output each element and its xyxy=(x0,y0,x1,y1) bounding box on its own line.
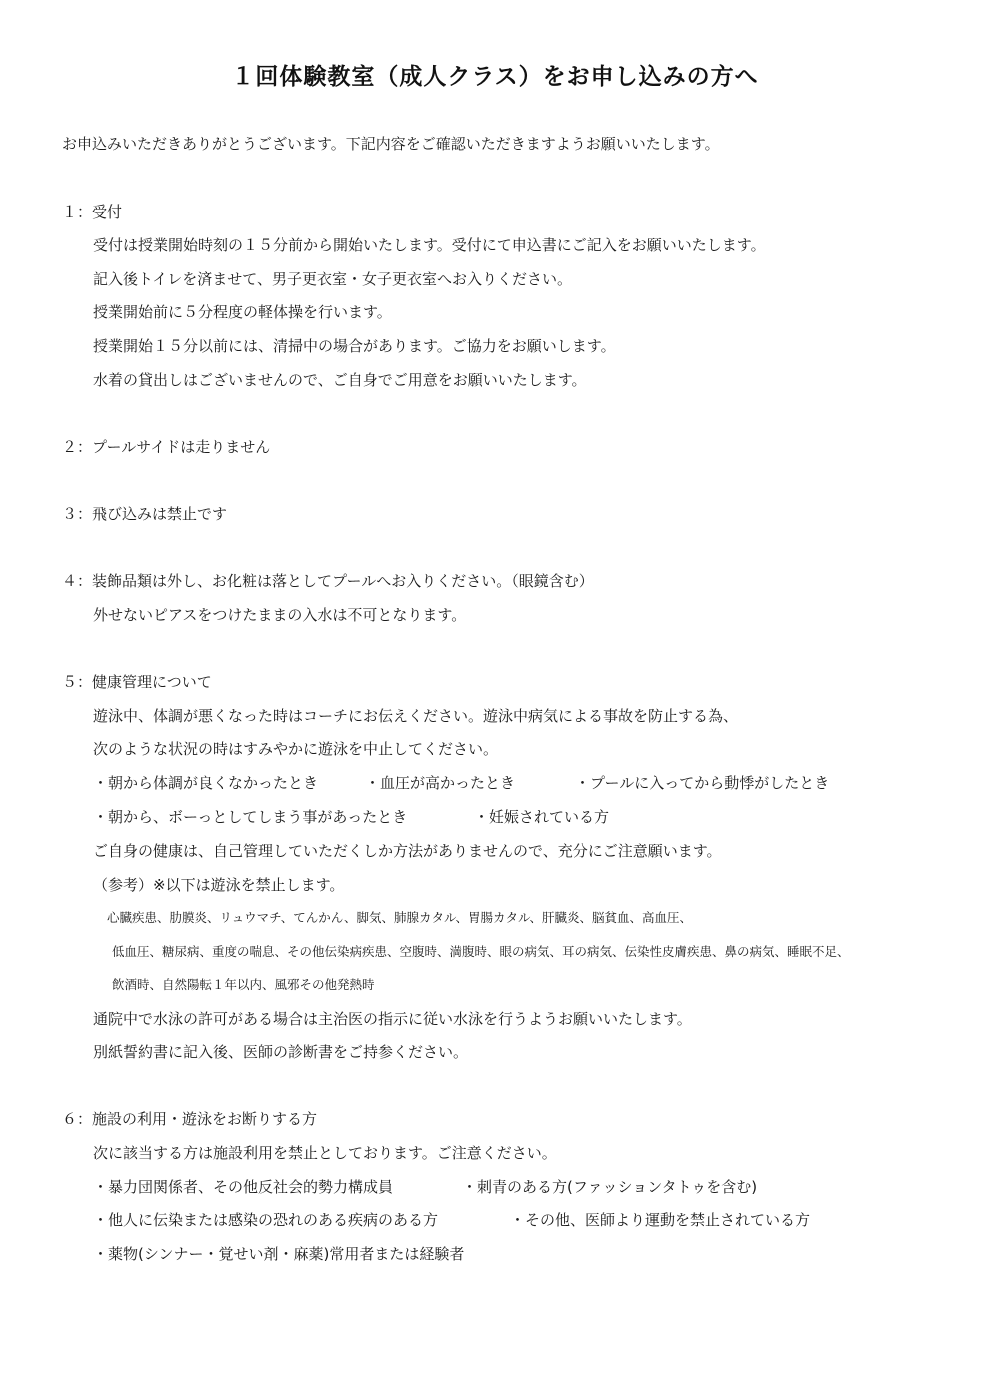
bullet-item: ・他人に伝染または感染の恐れのある疾病のある方 xyxy=(93,1210,438,1230)
section-5-closing: 別紙誓約書に記入後、医師の診断書をご持参ください。 xyxy=(93,1042,468,1062)
bullet-item: ・その他、医師より運動を禁止されている方 xyxy=(510,1210,810,1230)
health-note: ご自身の健康は、自己管理していただくしか方法がありませんので、充分にご注意願いま… xyxy=(93,841,722,861)
bullet-item: ・血圧が高かったとき xyxy=(365,773,515,793)
section-6-heading: ６：施設の利用・遊泳をお断りする方 xyxy=(62,1109,317,1129)
section-1-line: 受付は授業開始時刻の１５分前から開始いたします。受付にて申込書にご記入をお願いい… xyxy=(93,235,766,255)
bullet-item: ・朝から、ボーっとしてしまう事があったとき xyxy=(93,807,407,827)
bullet-item: ・刺青のある方(ファッションタトゥを含む) xyxy=(462,1177,757,1197)
section-5-heading: ５：健康管理について xyxy=(62,672,212,692)
bullet-item: ・薬物(シンナー・覚せい剤・麻薬)常用者または経験者 xyxy=(93,1244,464,1264)
bullet-item: ・妊娠されている方 xyxy=(474,807,609,827)
document-title: １回体験教室（成人クラス）をお申し込みの方へ xyxy=(0,58,990,91)
bullet-item: ・プールに入ってから動悸がしたとき xyxy=(575,773,829,793)
reference-heading: （参考）※以下は遊泳を禁止します。 xyxy=(93,875,344,895)
section-1-line: 授業開始１５分以前には、清掃中の場合があります。ご協力をお願いします。 xyxy=(93,336,616,356)
reference-line: 心臓疾患、肋膜炎、リュウマチ、てんかん、脚気、肺腺カタル、胃腸カタル、肝臓炎、脳… xyxy=(107,908,692,928)
section-3-heading: ３：飛び込みは禁止です xyxy=(62,504,227,524)
section-6-line: 次に該当する方は施設利用を禁止としております。ご注意ください。 xyxy=(93,1143,557,1163)
section-1-heading: １：受付 xyxy=(62,202,122,222)
section-2-heading: ２：プールサイドは走りません xyxy=(62,437,270,457)
intro-text: お申込みいただきありがとうございます。下記内容をご確認いただきますようお願いいた… xyxy=(62,134,720,154)
bullet-item: ・朝から体調が良くなかったとき xyxy=(93,773,318,793)
section-5-line: 次のような状況の時はすみやかに遊泳を中止してください。 xyxy=(93,739,498,759)
section-4-heading: ４：装飾品類は外し、お化粧は落としてプールへお入りください。（眼鏡含む） xyxy=(62,571,594,591)
section-5-closing: 通院中で水泳の許可がある場合は主治医の指示に従い水泳を行うようお願いいたします。 xyxy=(93,1009,692,1029)
reference-line: 飲酒時、自然陽転１年以内、風邪その他発熱時 xyxy=(112,975,375,995)
section-1-line: 水着の貸出しはございませんので、ご自身でご用意をお願いいたします。 xyxy=(93,370,587,390)
bullet-item: ・暴力団関係者、その他反社会的勢力構成員 xyxy=(93,1177,393,1197)
section-4-line: 外せないピアスをつけたままの入水は不可となります。 xyxy=(93,605,466,625)
section-1-line: 記入後トイレを済ませて、男子更衣室・女子更衣室へお入りください。 xyxy=(93,269,572,289)
reference-line: 低血圧、糖尿病、重度の喘息、その他伝染病疾患、空腹時、満腹時、眼の病気、耳の病気… xyxy=(112,942,850,962)
section-1-line: 授業開始前に５分程度の軽体操を行います。 xyxy=(93,302,392,322)
section-5-line: 遊泳中、体調が悪くなった時はコーチにお伝えください。遊泳中病気による事故を防止す… xyxy=(93,706,738,726)
